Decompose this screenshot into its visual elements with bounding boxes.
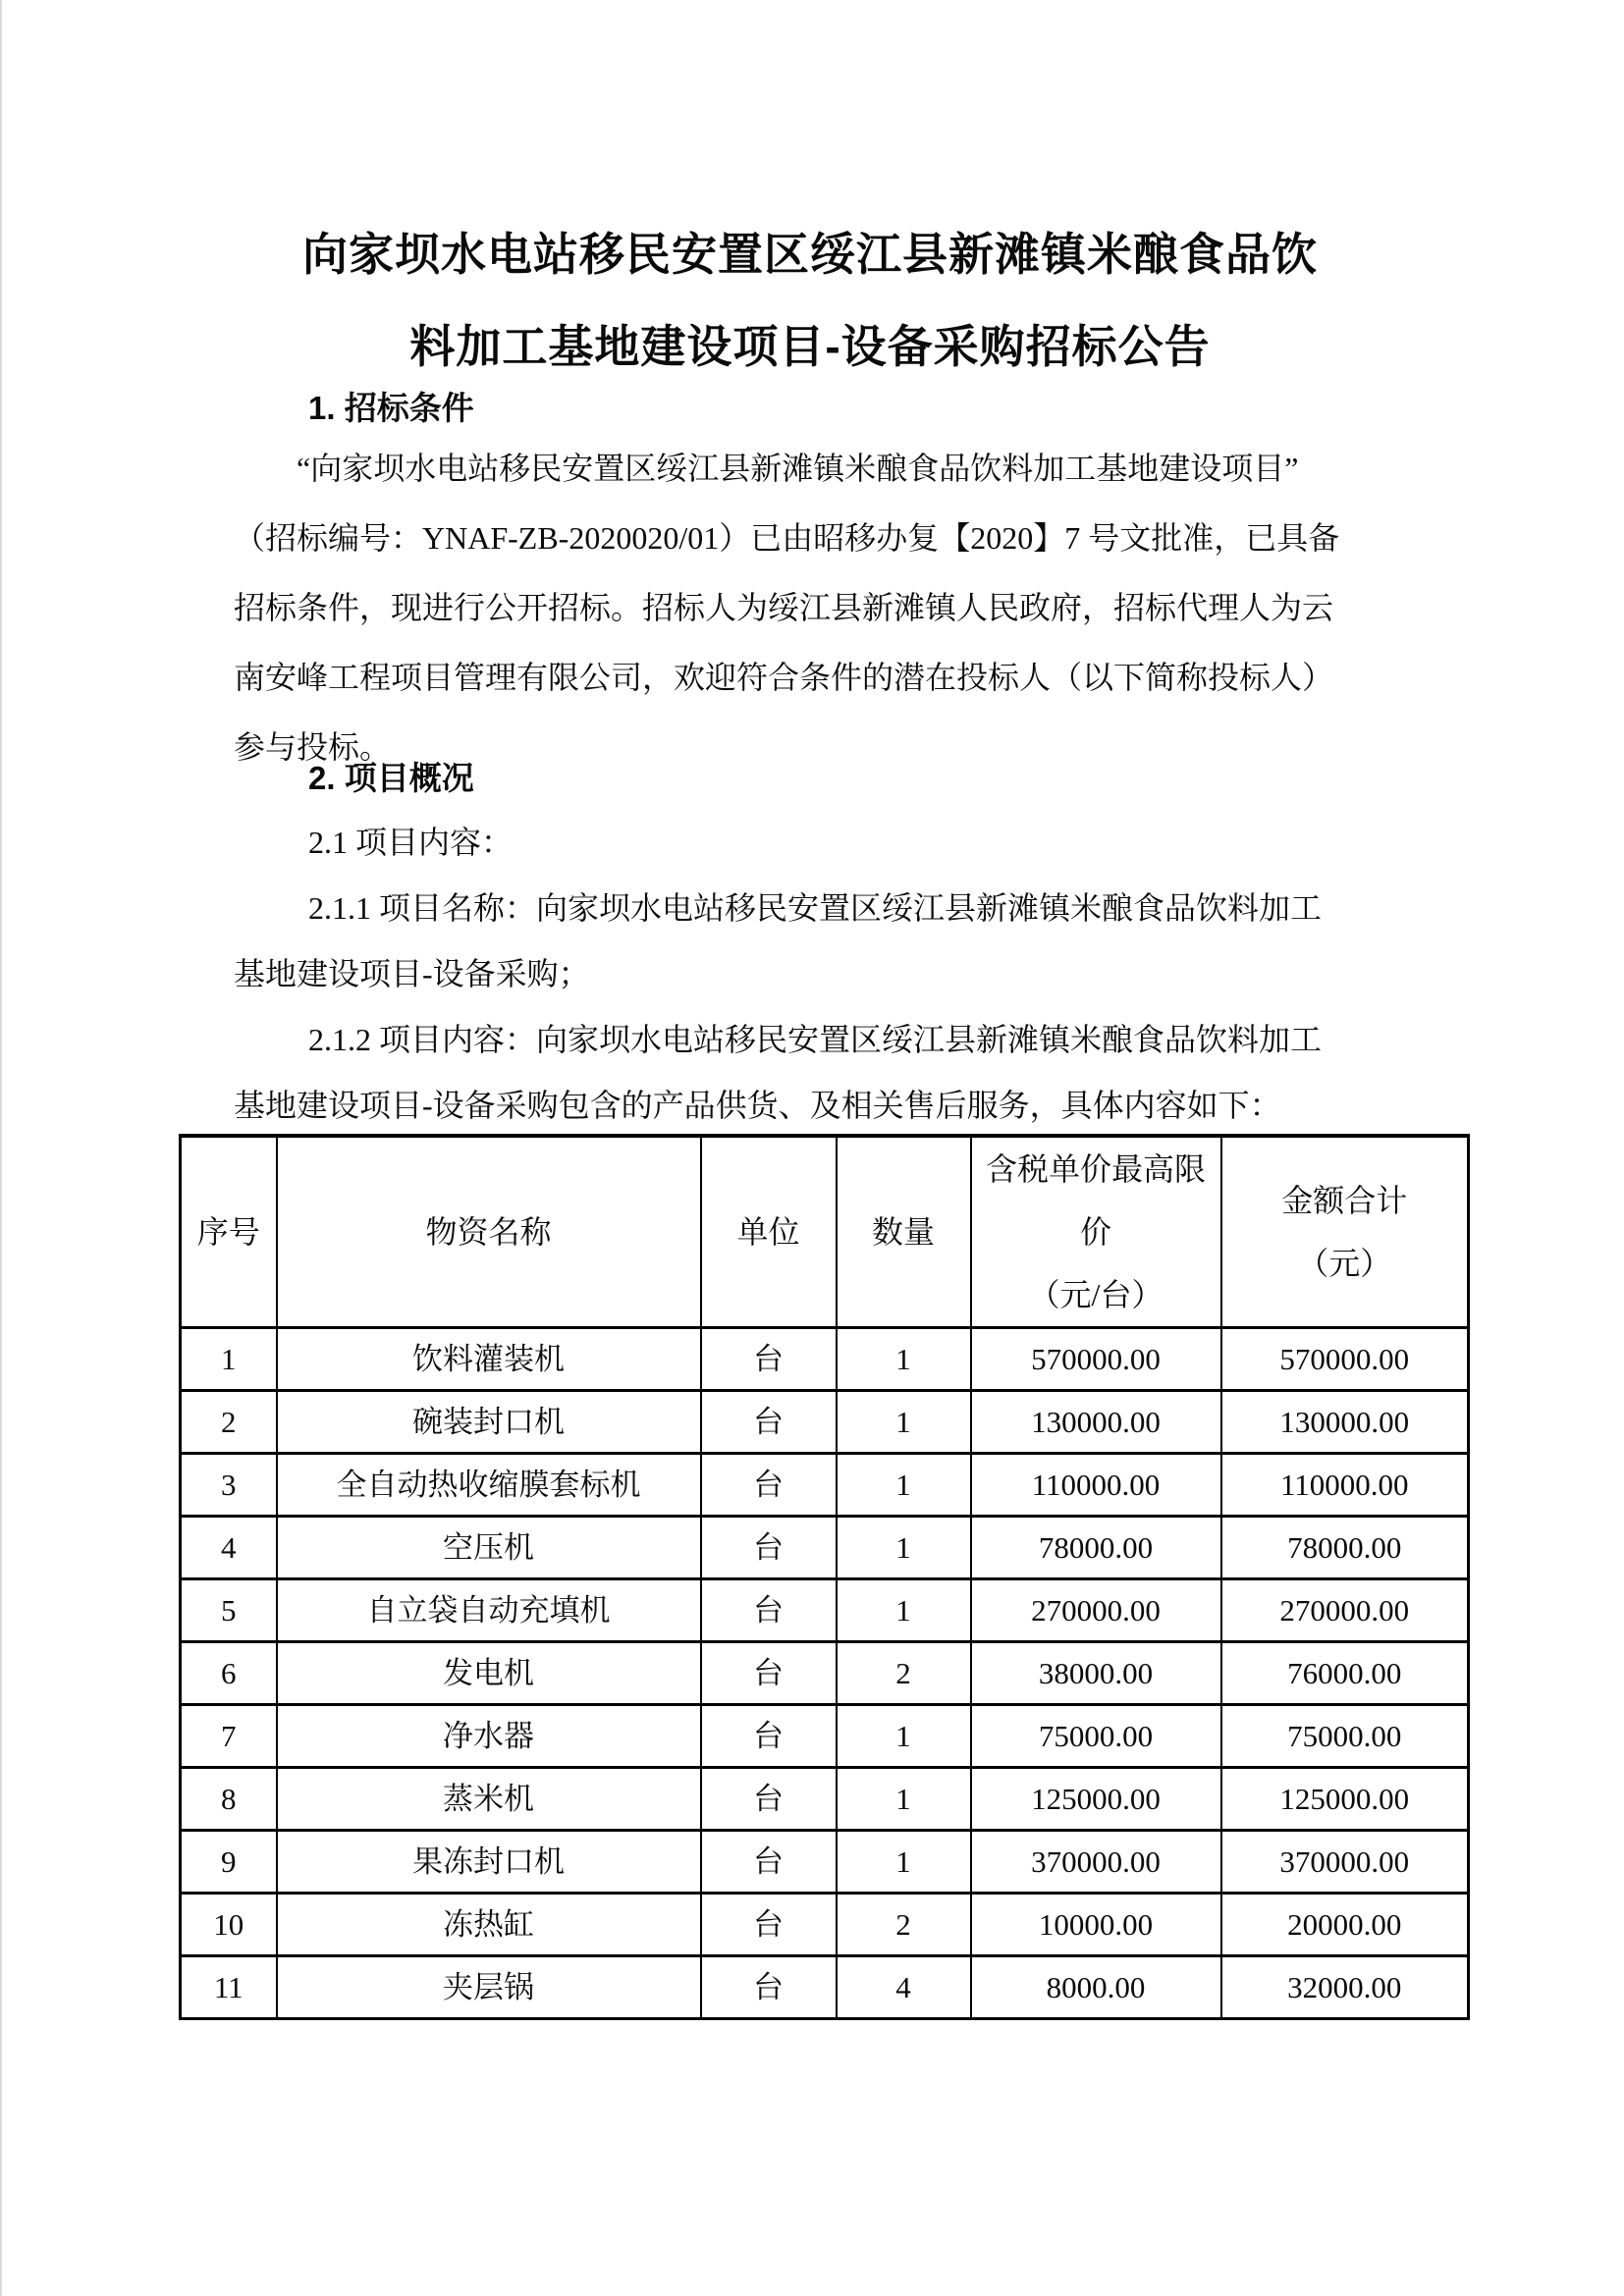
table-cell: 碗装封口机 <box>277 1391 701 1454</box>
table-cell: 78000.00 <box>971 1517 1221 1579</box>
table-cell: 台 <box>701 1705 837 1768</box>
table-cell: 2 <box>837 1894 971 1956</box>
project-content-paragraph: 2.1.2 项目内容：向家坝水电站移民安置区绥江县新滩镇米酿食品饮料加工 基地建… <box>234 1007 1386 1139</box>
project-name-paragraph: 2.1.1 项目名称：向家坝水电站移民安置区绥江县新滩镇米酿食品饮料加工 基地建… <box>234 876 1386 1007</box>
table-cell: 冻热缸 <box>277 1894 701 1956</box>
table-cell: 2 <box>837 1642 971 1705</box>
table-cell: 台 <box>701 1894 837 1956</box>
table-cell: 台 <box>701 1956 837 2019</box>
table-cell: 270000.00 <box>971 1579 1221 1642</box>
table-cell: 台 <box>701 1768 837 1831</box>
table-cell: 1 <box>837 1831 971 1894</box>
table-cell: 38000.00 <box>971 1642 1221 1705</box>
table-body: 1饮料灌装机台1570000.00570000.002碗装封口机台1130000… <box>181 1328 1469 2019</box>
table-cell: 125000.00 <box>971 1768 1221 1831</box>
table-cell: 1 <box>837 1328 971 1391</box>
table-cell: 台 <box>701 1579 837 1642</box>
table-cell: 1 <box>837 1391 971 1454</box>
table-cell: 台 <box>701 1454 837 1517</box>
table-header-cell: 单位 <box>701 1136 837 1328</box>
table-row: 5自立袋自动充填机台1270000.00270000.00 <box>181 1579 1469 1642</box>
table-cell: 2 <box>181 1391 277 1454</box>
table-row: 1饮料灌装机台1570000.00570000.00 <box>181 1328 1469 1391</box>
table-cell: 9 <box>181 1831 277 1894</box>
table-cell: 130000.00 <box>1221 1391 1469 1454</box>
table-cell: 4 <box>181 1517 277 1579</box>
document-content: 向家坝水电站移民安置区绥江县新滩镇米酿食品饮 料加工基地建设项目-设备采购招标公… <box>0 208 1624 2020</box>
table-cell: 1 <box>837 1517 971 1579</box>
table-cell: 75000.00 <box>971 1705 1221 1768</box>
table-cell: 4 <box>837 1956 971 2019</box>
table-cell: 6 <box>181 1642 277 1705</box>
table-cell: 发电机 <box>277 1642 701 1705</box>
table-cell: 3 <box>181 1454 277 1517</box>
document-page: 向家坝水电站移民安置区绥江县新滩镇米酿食品饮 料加工基地建设项目-设备采购招标公… <box>0 0 1624 2296</box>
table-cell: 蒸米机 <box>277 1768 701 1831</box>
table-cell: 台 <box>701 1328 837 1391</box>
table-cell: 1 <box>837 1579 971 1642</box>
table-cell: 饮料灌装机 <box>277 1328 701 1391</box>
section-heading-project-overview: 2. 项目概况 <box>234 747 1386 810</box>
table-cell: 空压机 <box>277 1517 701 1579</box>
table-cell: 1 <box>837 1705 971 1768</box>
bid-conditions-paragraph: “向家坝水电站移民安置区绥江县新滩镇米酿食品饮料加工基地建设项目” （招标编号：… <box>234 434 1386 782</box>
table-cell: 110000.00 <box>1221 1454 1469 1517</box>
table-cell: 370000.00 <box>971 1831 1221 1894</box>
table-cell: 370000.00 <box>1221 1831 1469 1894</box>
table-cell: 净水器 <box>277 1705 701 1768</box>
table-cell: 8000.00 <box>971 1956 1221 2019</box>
table-header-row: 序号物资名称单位数量含税单价最高限 价 （元/台）金额合计 （元） <box>181 1136 1469 1328</box>
table-cell: 11 <box>181 1956 277 2019</box>
table-header-cell: 序号 <box>181 1136 277 1328</box>
table-cell: 20000.00 <box>1221 1894 1469 1956</box>
table-cell: 台 <box>701 1517 837 1579</box>
table-header-cell: 含税单价最高限 价 （元/台） <box>971 1136 1221 1328</box>
scan-edge-line <box>0 0 2 2296</box>
table-cell: 76000.00 <box>1221 1642 1469 1705</box>
equipment-table-wrapper: 序号物资名称单位数量含税单价最高限 价 （元/台）金额合计 （元） 1饮料灌装机… <box>179 1134 1386 2020</box>
table-cell: 570000.00 <box>1221 1328 1469 1391</box>
table-cell: 台 <box>701 1831 837 1894</box>
table-row: 2碗装封口机台1130000.00130000.00 <box>181 1391 1469 1454</box>
equipment-table: 序号物资名称单位数量含税单价最高限 价 （元/台）金额合计 （元） 1饮料灌装机… <box>179 1134 1470 2020</box>
table-cell: 270000.00 <box>1221 1579 1469 1642</box>
table-row: 4空压机台178000.0078000.00 <box>181 1517 1469 1579</box>
table-cell: 1 <box>837 1454 971 1517</box>
table-row: 11夹层锅台48000.0032000.00 <box>181 1956 1469 2019</box>
table-cell: 1 <box>837 1768 971 1831</box>
table-row: 8蒸米机台1125000.00125000.00 <box>181 1768 1469 1831</box>
table-cell: 75000.00 <box>1221 1705 1469 1768</box>
table-row: 10冻热缸台210000.0020000.00 <box>181 1894 1469 1956</box>
table-cell: 570000.00 <box>971 1328 1221 1391</box>
table-cell: 台 <box>701 1391 837 1454</box>
table-cell: 5 <box>181 1579 277 1642</box>
table-cell: 7 <box>181 1705 277 1768</box>
table-cell: 110000.00 <box>971 1454 1221 1517</box>
table-cell: 1 <box>181 1328 277 1391</box>
table-row: 7净水器台175000.0075000.00 <box>181 1705 1469 1768</box>
table-cell: 自立袋自动充填机 <box>277 1579 701 1642</box>
table-cell: 130000.00 <box>971 1391 1221 1454</box>
table-row: 3全自动热收缩膜套标机台1110000.00110000.00 <box>181 1454 1469 1517</box>
table-row: 9果冻封口机台1370000.00370000.00 <box>181 1831 1469 1894</box>
table-cell: 8 <box>181 1768 277 1831</box>
table-cell: 32000.00 <box>1221 1956 1469 2019</box>
table-cell: 10000.00 <box>971 1894 1221 1956</box>
table-row: 6发电机台238000.0076000.00 <box>181 1642 1469 1705</box>
table-cell: 夹层锅 <box>277 1956 701 2019</box>
table-header-cell: 物资名称 <box>277 1136 701 1328</box>
table-header-cell: 金额合计 （元） <box>1221 1136 1469 1328</box>
table-cell: 果冻封口机 <box>277 1831 701 1894</box>
project-content-label: 2.1 项目内容： <box>234 810 1386 876</box>
table-cell: 78000.00 <box>1221 1517 1469 1579</box>
page-title: 向家坝水电站移民安置区绥江县新滩镇米酿食品饮 料加工基地建设项目-设备采购招标公… <box>234 208 1386 393</box>
table-header-cell: 数量 <box>837 1136 971 1328</box>
table-cell: 台 <box>701 1642 837 1705</box>
table-cell: 全自动热收缩膜套标机 <box>277 1454 701 1517</box>
table-cell: 125000.00 <box>1221 1768 1469 1831</box>
table-cell: 10 <box>181 1894 277 1956</box>
